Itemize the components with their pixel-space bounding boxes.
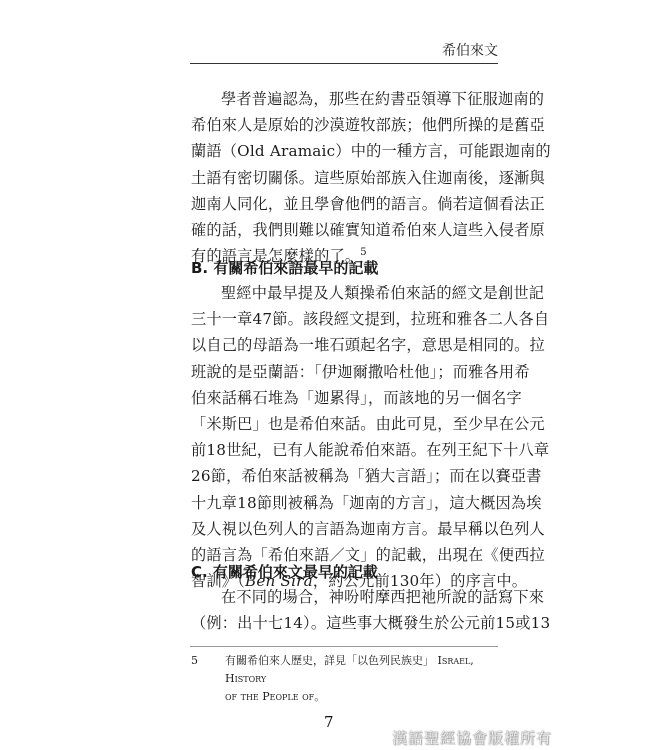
text-fragment: 。 bbox=[314, 690, 325, 703]
page-number: 7 bbox=[324, 713, 334, 731]
text-line: 聖經中最早提及人類操希伯來話的經文是創世記 bbox=[191, 280, 499, 306]
footnote: 5 有關希伯來人歷史，詳見「以色列民族史」 Israel, History of… bbox=[191, 652, 499, 706]
text-line: 學者普遍認為，那些在約書亞領導下征服迦南的 bbox=[191, 86, 499, 112]
footnote-number: 5 bbox=[191, 652, 211, 670]
header-rule bbox=[190, 63, 498, 64]
text-line: 伯來話稱石堆為「迦累得」，而該地的另一個名字 bbox=[191, 385, 499, 411]
text-fragment: 有關希伯來人歷史，詳見「以色列民族史」 bbox=[225, 654, 434, 667]
copyright-watermark: 漢語聖經協會版權所有 bbox=[392, 727, 552, 748]
book-page: 希伯來文 學者普遍認為，那些在約書亞領導下征服迦南的 希伯來人是原始的沙漠遊牧部… bbox=[0, 0, 650, 750]
paragraph-section-c: 在不同的場合，神吩咐摩西把祂所說的話寫下來 （例：出十七14）。這些事大概發生於… bbox=[191, 584, 499, 636]
text-line: 以自己的母語為一堆石頭起名字，意思是相同的。拉 bbox=[191, 332, 499, 358]
paragraph-intro: 學者普遍認為，那些在約書亞領導下征服迦南的 希伯來人是原始的沙漠遊牧部族；他們所… bbox=[191, 86, 499, 269]
text-line: 希伯來人是原始的沙漠遊牧部族；他們所操的是舊亞 bbox=[191, 112, 499, 138]
footnote-text: 有關希伯來人歷史，詳見「以色列民族史」 Israel, History of t… bbox=[225, 652, 499, 706]
section-heading-c: C. 有關希伯來文最早的記載 bbox=[191, 561, 499, 582]
section-heading-b: B. 有關希伯來語最早的記載 bbox=[191, 257, 499, 278]
text-line: 班說的是亞蘭語：「伊迦爾撒哈杜他」；而雅各用希 bbox=[191, 359, 499, 385]
text-line: 十九章18節則被稱為「迦南的方言」，這大概因為埃 bbox=[191, 490, 499, 516]
text-line: 土語有密切關係。這些原始部族入住迦南後，逐漸與 bbox=[191, 165, 499, 191]
text-line: 26節，希伯來話被稱為「猶大言語」；而在以賽亞書 bbox=[191, 463, 499, 489]
text-line: （例：出十七14）。這些事大概發生於公元前15或13 bbox=[191, 610, 499, 636]
text-line: 三十一章47節。該段經文提到，拉班和雅各二人各自 bbox=[191, 306, 499, 332]
text-line: 蘭語（Old Aramaic）中的一種方言，可能跟迦南的 bbox=[191, 138, 499, 164]
text-line: 在不同的場合，神吩咐摩西把祂所說的話寫下來 bbox=[191, 584, 499, 610]
text-line: 前18世紀，已有人能說希伯來語。在列王紀下十八章 bbox=[191, 437, 499, 463]
running-head: 希伯來文 bbox=[190, 40, 498, 60]
text-line: 確的話，我們則難以確實知道希伯來人這些入侵者原 bbox=[191, 217, 499, 243]
text-line: 「米斯巴」也是希伯來話。由此可見，至少早在公元 bbox=[191, 411, 499, 437]
smallcaps-title: of the People of bbox=[225, 690, 314, 703]
text-line: 迦南人同化，並且學會他們的語言。倘若這個看法正 bbox=[191, 191, 499, 217]
footnote-rule bbox=[190, 646, 498, 647]
text-line: 及人視以色列人的言語為迦南方言。最早稱以色列人 bbox=[191, 516, 499, 542]
paragraph-section-b: 聖經中最早提及人類操希伯來話的經文是創世記 三十一章47節。該段經文提到，拉班和… bbox=[191, 280, 499, 594]
